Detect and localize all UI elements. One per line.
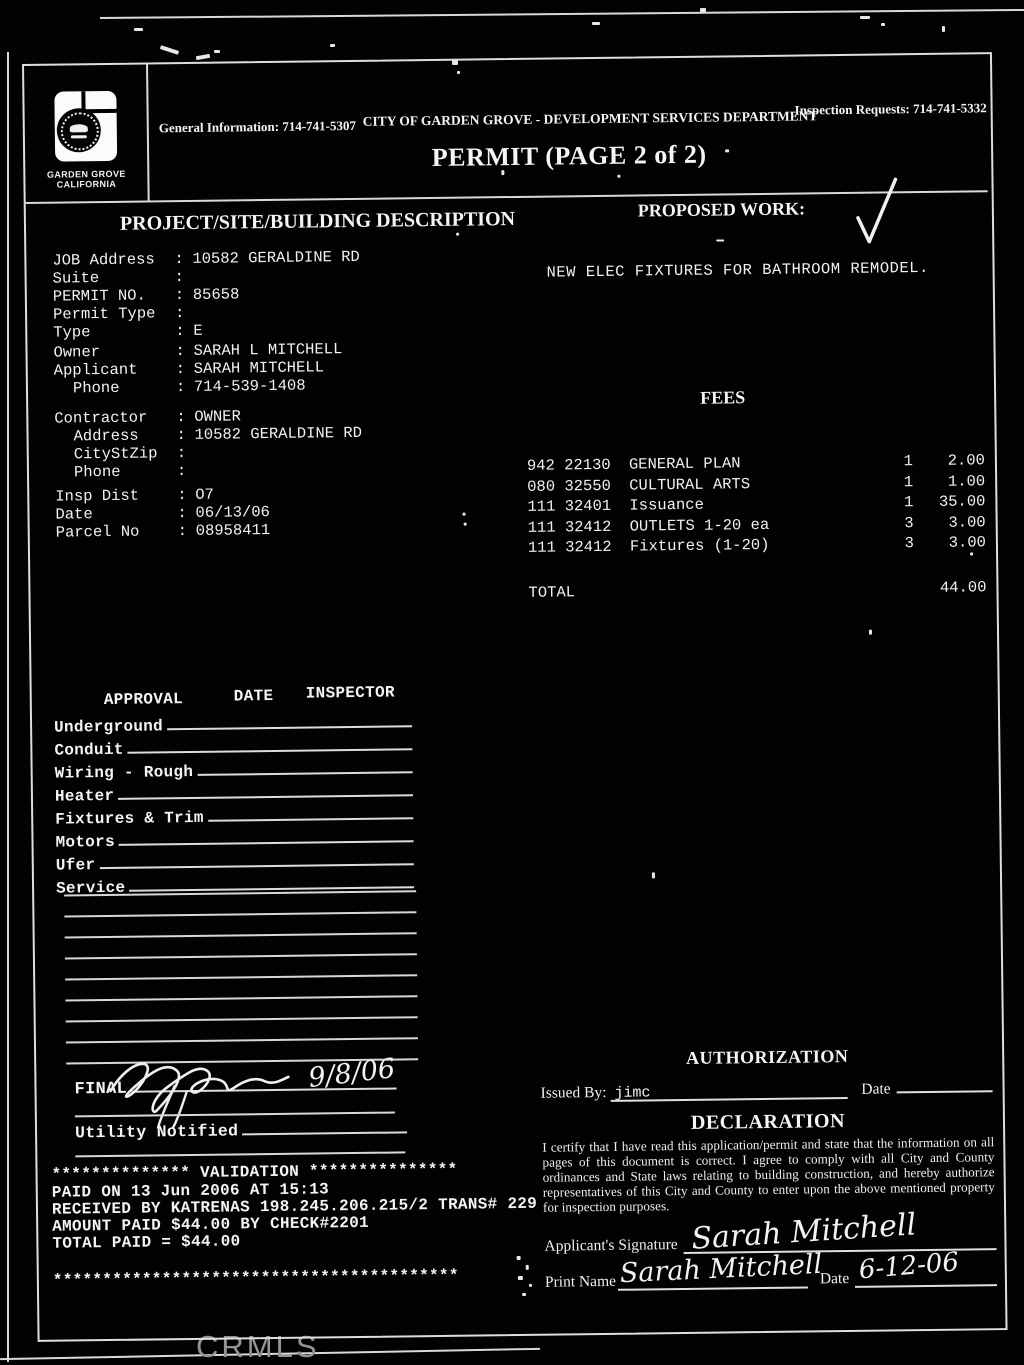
scan-artifact xyxy=(464,523,467,526)
scan-artifact xyxy=(522,1293,526,1296)
field-value: O7 xyxy=(195,486,214,504)
print-name-line: Sarah Mitchell xyxy=(618,1266,808,1290)
utility-fill-line xyxy=(242,1117,407,1135)
field-value: OWNER xyxy=(194,407,241,426)
field-value: 714-539-1408 xyxy=(194,377,306,396)
print-name-row: Print Name Sarah Mitchell Date 6-12-06 xyxy=(545,1254,997,1292)
scan-artifact xyxy=(700,8,706,12)
approval-fill-line xyxy=(119,826,414,846)
signature-date-label: Date xyxy=(820,1270,849,1288)
field-label: Parcel No xyxy=(56,522,178,541)
fee-amount: 3.00 xyxy=(914,512,986,533)
approval-fill-line xyxy=(128,734,413,753)
fee-quantity: 1 xyxy=(881,472,913,493)
logo-seal-crown xyxy=(70,124,88,132)
scan-artifact xyxy=(463,513,466,516)
field-value: SARAH MITCHELL xyxy=(194,358,324,378)
issued-by-label: Issued By: xyxy=(541,1084,607,1103)
logo-caption-line2: CALIFORNIA xyxy=(25,178,147,189)
fees-section-title: FEES xyxy=(700,387,745,409)
page-title: PERMIT (PAGE 2 of 2) xyxy=(147,136,991,176)
field-label: JOB Address xyxy=(52,250,174,269)
scan-edge-top xyxy=(100,9,1024,19)
logo-seal-bar xyxy=(71,135,87,138)
field-row: Phone: xyxy=(55,460,363,482)
print-name-label: Print Name xyxy=(545,1273,616,1292)
blank-rule-line xyxy=(65,953,417,959)
permit-document: GARDEN GROVE CALIFORNIA General Informat… xyxy=(22,52,1008,1342)
approval-header: APPROVAL xyxy=(104,690,183,709)
fee-quantity: 3 xyxy=(882,533,914,554)
blank-rule-line xyxy=(65,974,417,980)
approval-fill-line xyxy=(208,803,414,822)
fee-quantity: 1 xyxy=(881,451,913,472)
scan-artifact xyxy=(529,1284,532,1287)
proposed-work-description: NEW ELEC FIXTURES FOR BATHROOM REMODEL. xyxy=(546,259,928,282)
fee-quantity: 3 xyxy=(882,513,914,534)
field-label: Type xyxy=(53,322,175,341)
signature-date-line: 6-12-06 xyxy=(855,1264,997,1288)
fee-row: 111 32412 Fixtures (1-20) 3 3.00 xyxy=(528,532,986,558)
approval-inspector-header: INSPECTOR xyxy=(306,683,395,702)
approval-fill-line xyxy=(129,872,414,891)
issued-by-line: jimc xyxy=(610,1081,847,1102)
scan-artifact xyxy=(942,26,945,32)
field-label: CityStZip xyxy=(74,444,177,463)
final-signature-scribble xyxy=(102,1051,309,1130)
field-row: Address:10582 GERALDINE RD xyxy=(54,424,362,446)
contractor-fields-block: Contractor:OWNER Address:10582 GERALDINE… xyxy=(54,406,362,482)
approval-row-label: Underground xyxy=(54,717,163,736)
field-label: Applicant xyxy=(54,360,176,379)
approval-rows: Underground Conduit Wiring - Rough Heate… xyxy=(54,711,414,899)
declaration-body: I certify that I have read this applicat… xyxy=(542,1134,995,1215)
fee-code: 111 32412 xyxy=(528,537,630,559)
scan-artifact xyxy=(456,233,459,236)
project-section-title: PROJECT/SITE/BUILDING DESCRIPTION xyxy=(120,208,515,236)
field-value: 85658 xyxy=(193,285,240,304)
scan-artifact xyxy=(617,175,620,178)
scan-edge-left xyxy=(7,52,9,1362)
field-value: SARAH L MITCHELL xyxy=(193,340,342,360)
handwritten-checkmark xyxy=(851,173,902,254)
authorization-date-line xyxy=(896,1074,992,1093)
scan-artifact xyxy=(592,22,600,25)
scan-artifact xyxy=(970,552,973,555)
field-label: Date xyxy=(55,504,177,523)
validation-footer: ****************************************… xyxy=(53,1267,459,1290)
print-name-handwritten: Sarah Mitchell xyxy=(619,1249,823,1290)
utility-notified-label: Utility Notified xyxy=(75,1121,238,1142)
field-value: 06/13/06 xyxy=(195,503,270,522)
scan-artifact xyxy=(134,28,143,31)
proposed-work-title: PROPOSED WORK: xyxy=(638,198,805,221)
field-value: 10582 GERALDINE RD xyxy=(194,424,362,444)
field-row: JOB Address:10582 GERALDINE RD xyxy=(52,248,360,270)
approval-row-label: Ufer xyxy=(56,856,96,874)
field-value: E xyxy=(193,322,203,340)
fee-code: 942 22130 xyxy=(527,455,629,477)
approval-row-label: Heater xyxy=(55,787,115,806)
approval-fill-line xyxy=(197,757,413,776)
fee-amount: 3.00 xyxy=(914,532,986,553)
inspection-requests-phone: Inspection Requests: 714-741-5332 xyxy=(795,100,987,118)
authorization-title: AUTHORIZATION xyxy=(541,1044,993,1071)
field-label: Suite xyxy=(53,268,175,287)
scan-artifact xyxy=(517,1256,521,1260)
approval-fill-line xyxy=(99,849,414,869)
field-row: Parcel No:08958411 xyxy=(56,521,271,542)
approval-row-label: Motors xyxy=(55,833,115,852)
fee-code: 111 32401 xyxy=(527,496,629,518)
fee-amount: 2.00 xyxy=(913,450,985,471)
blank-rule-line xyxy=(75,1151,405,1157)
scan-artifact xyxy=(501,170,504,175)
general-information-phone: General Information: 714-741-5307 xyxy=(159,118,356,136)
blank-rule-line xyxy=(65,995,417,1001)
fees-total-amount: 44.00 xyxy=(940,578,987,597)
blank-rule-line xyxy=(66,1016,418,1022)
fees-total-row: TOTAL 44.00 xyxy=(528,578,986,602)
utility-notified-row: Utility Notified xyxy=(75,1117,407,1142)
field-label: Phone xyxy=(73,378,176,397)
field-row: Type:E xyxy=(53,320,361,342)
field-label: Owner xyxy=(53,342,175,361)
scan-artifact xyxy=(725,149,729,152)
issued-by-value: jimc xyxy=(614,1084,650,1101)
approval-row-label: Conduit xyxy=(54,741,124,760)
scan-artifact xyxy=(716,239,724,241)
blank-rule-line xyxy=(64,911,416,917)
scan-artifact xyxy=(860,16,870,19)
validation-total-paid: TOTAL PAID = $44.00 xyxy=(52,1232,240,1252)
field-row: Phone:714-539-1408 xyxy=(54,376,343,398)
fee-code: 080 32550 xyxy=(527,475,629,497)
site-fields-block: JOB Address:10582 GERALDINE RD Suite: PE… xyxy=(52,248,361,342)
approval-row-label: Fixtures & Trim xyxy=(55,809,204,829)
field-value: 10582 GERALDINE RD xyxy=(192,248,360,268)
fees-total-label: TOTAL xyxy=(528,583,575,602)
fee-quantity: 1 xyxy=(881,492,913,513)
field-label: PERMIT NO. xyxy=(53,286,175,305)
scanned-permit-page: CRMLS GARDEN GROVE CALIFORNIA General In… xyxy=(0,0,1024,1365)
field-label: Contractor xyxy=(54,408,176,427)
approval-fill-line xyxy=(167,711,412,730)
approval-date-header: DATE xyxy=(234,687,274,705)
scan-artifact xyxy=(160,45,179,55)
field-label: Phone xyxy=(74,462,177,481)
garden-grove-logo xyxy=(54,91,117,162)
applicant-signature-label: Applicant's Signature xyxy=(544,1236,677,1256)
scan-artifact xyxy=(652,872,655,878)
inspection-fields-block: Insp Dist:O7 Date:06/13/06 Parcel No:089… xyxy=(55,485,270,542)
fee-code: 111 32412 xyxy=(528,516,630,538)
department-title: CITY OF GARDEN GROVE - DEVELOPMENT SERVI… xyxy=(363,108,818,130)
scan-artifact xyxy=(196,54,210,60)
field-label: Insp Dist xyxy=(55,486,177,505)
signature-date-handwritten: 6-12-06 xyxy=(858,1247,960,1285)
owner-fields-block: Owner:SARAH L MITCHELL Applicant:SARAH M… xyxy=(53,340,342,398)
field-label: Address xyxy=(73,426,176,445)
scan-artifact xyxy=(330,44,335,47)
scan-artifact xyxy=(881,23,885,26)
approval-row-label: Wiring - Rough xyxy=(55,763,194,783)
blank-rule-line xyxy=(66,1037,418,1043)
fee-amount: 35.00 xyxy=(913,491,985,512)
scan-artifact xyxy=(518,1276,523,1280)
field-value: 08958411 xyxy=(196,521,271,540)
scan-artifact xyxy=(214,50,220,53)
header-bottom-border xyxy=(26,190,988,204)
scan-artifact xyxy=(526,1265,529,1270)
approval-fill-line xyxy=(118,780,413,800)
fees-table: 942 22130 GENERAL PLAN 1 2.00 080 32550 … xyxy=(527,450,986,558)
authorization-date-label: Date xyxy=(861,1080,890,1098)
blank-rule-line xyxy=(65,932,417,938)
fee-description: Fixtures (1-20) xyxy=(630,534,882,558)
field-label: Permit Type xyxy=(53,304,175,323)
declaration-title: DECLARATION xyxy=(542,1108,994,1137)
scan-artifact xyxy=(869,630,872,635)
fee-amount: 1.00 xyxy=(913,471,985,492)
issued-by-row: Issued By: jimc Date xyxy=(540,1074,992,1103)
